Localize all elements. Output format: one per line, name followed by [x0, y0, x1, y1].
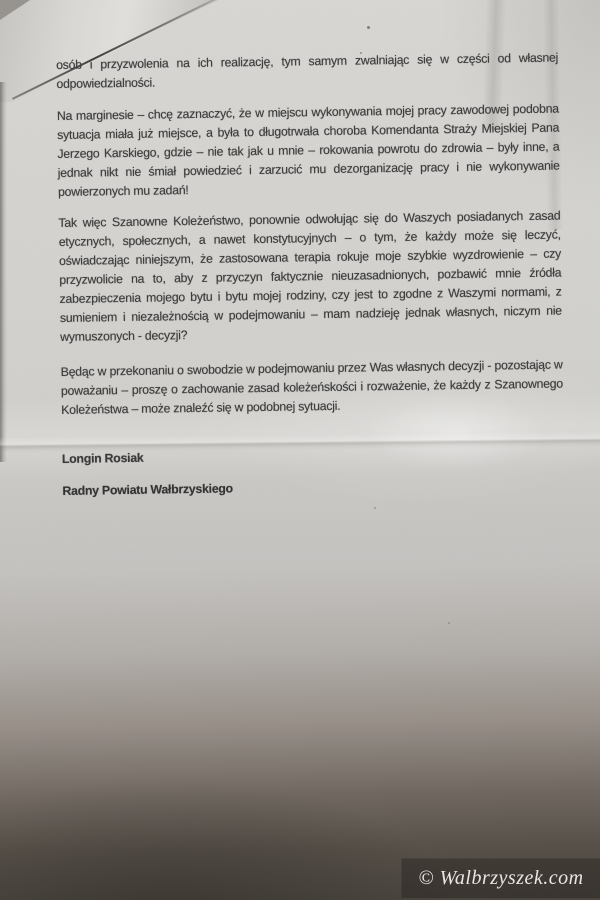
signature-name: Longin Rosiak: [62, 443, 564, 469]
signature-title: Radny Powiatu Wałbrzyskiego: [62, 475, 564, 501]
paper-left-edge-shadow: [0, 82, 7, 462]
paper-speck: [374, 507, 376, 509]
letter-paragraph-4: Będąc w przekonaniu o swobodzie w podejm…: [61, 356, 564, 420]
letter-paragraph-3: Tak więc Szanowne Koleżeństwo, ponownie …: [58, 207, 562, 347]
site-watermark: © Walbrzyszek.com: [401, 858, 600, 898]
letter-body: osób i przyzwolenia na ich realizację, t…: [56, 49, 565, 501]
paper-speck: [367, 26, 370, 29]
paper-speck: [448, 622, 450, 624]
letter-paragraph-2: Na marginesie – chcę zaznaczyć, że w mie…: [57, 100, 560, 202]
letter-paragraph-1: osób i przyzwolenia na ich realizację, t…: [56, 49, 559, 94]
photographed-letter: osób i przyzwolenia na ich realizację, t…: [0, 0, 600, 900]
watermark-text: © Walbrzyszek.com: [418, 867, 583, 890]
